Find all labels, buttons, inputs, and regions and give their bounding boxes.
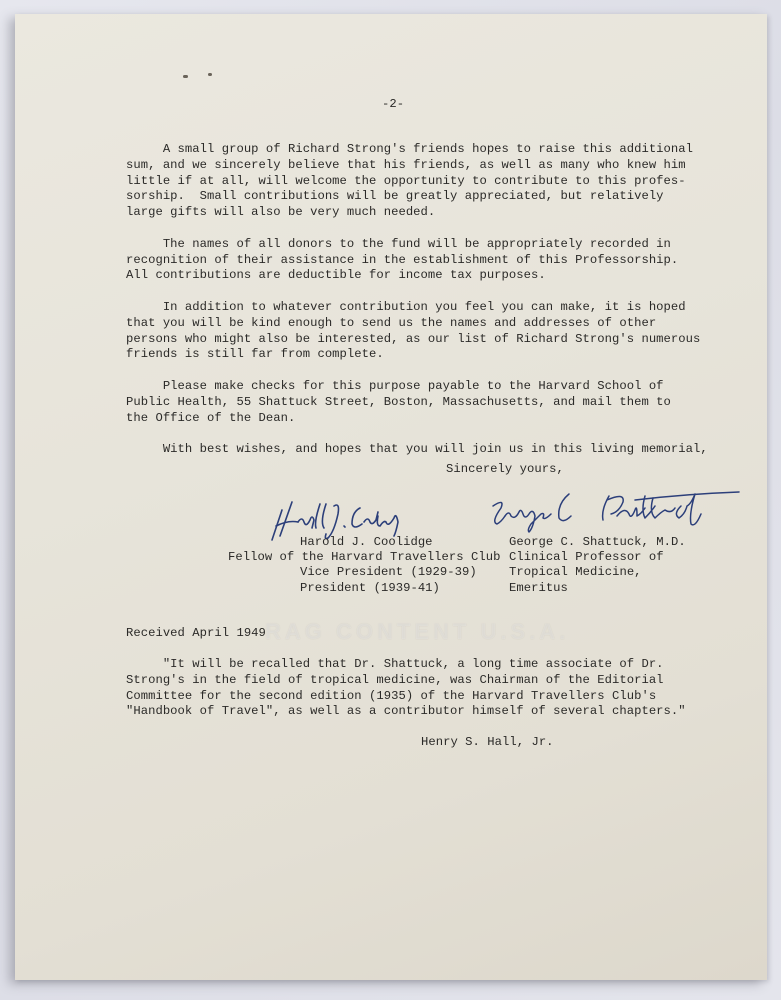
body-line: In addition to whatever contribution you… [126,300,708,316]
body-line: persons who might also be interested, as… [126,332,708,348]
body-line: A small group of Richard Strong's friend… [126,142,708,158]
quote-block: "It will be recalled that Dr. Shattuck, … [126,657,686,720]
signatory-line: Emeritus [509,581,686,596]
page-number: -2- [382,97,404,113]
quote-line: Strong's in the field of tropical medici… [126,673,686,689]
quote-line: "It will be recalled that Dr. Shattuck, … [126,657,686,673]
staple-hole [183,75,188,78]
signatory-line: Tropical Medicine, [509,565,686,580]
closing: Sincerely yours, [446,462,564,478]
body-line: that you will be kind enough to send us … [126,316,708,332]
body-line: recognition of their assistance in the e… [126,253,708,269]
body-line: Public Health, 55 Shattuck Street, Bosto… [126,395,708,411]
body-line: sorship. Small contributions will be gre… [126,189,708,205]
staple-hole [208,73,212,76]
quote-author: Henry S. Hall, Jr. [421,735,554,751]
signatory-line: Vice President (1929-39) [300,565,477,581]
received-date: Received April 1949 [126,626,266,642]
watermark: RAG CONTENT U.S.A. [265,619,569,645]
signatory-line: Harold J. Coolidge [300,535,433,551]
body-line: Please make checks for this purpose paya… [126,379,708,395]
signatory-line: Clinical Professor of [509,550,686,565]
body-line: The names of all donors to the fund will… [126,237,708,253]
letter-body: A small group of Richard Strong's friend… [126,142,708,458]
quote-line: "Handbook of Travel", as well as a contr… [126,704,686,720]
signatory-line: President (1939-41) [300,581,440,597]
body-line: With best wishes, and hopes that you wil… [126,442,708,458]
body-line: the Office of the Dean. [126,411,708,427]
signatory-line: Fellow of the Harvard Travellers Club [228,550,500,566]
quote-line: Committee for the second edition (1935) … [126,689,686,705]
signatory-line: George C. Shattuck, M.D. [509,535,686,550]
body-line: sum, and we sincerely believe that his f… [126,158,708,174]
body-line: All contributions are deductible for inc… [126,268,708,284]
signatory-shattuck: George C. Shattuck, M.D.Clinical Profess… [509,535,686,596]
body-line: friends is still far from complete. [126,347,708,363]
body-line: little if at all, will welcome the oppor… [126,174,708,190]
body-line: large gifts will also be very much neede… [126,205,708,221]
